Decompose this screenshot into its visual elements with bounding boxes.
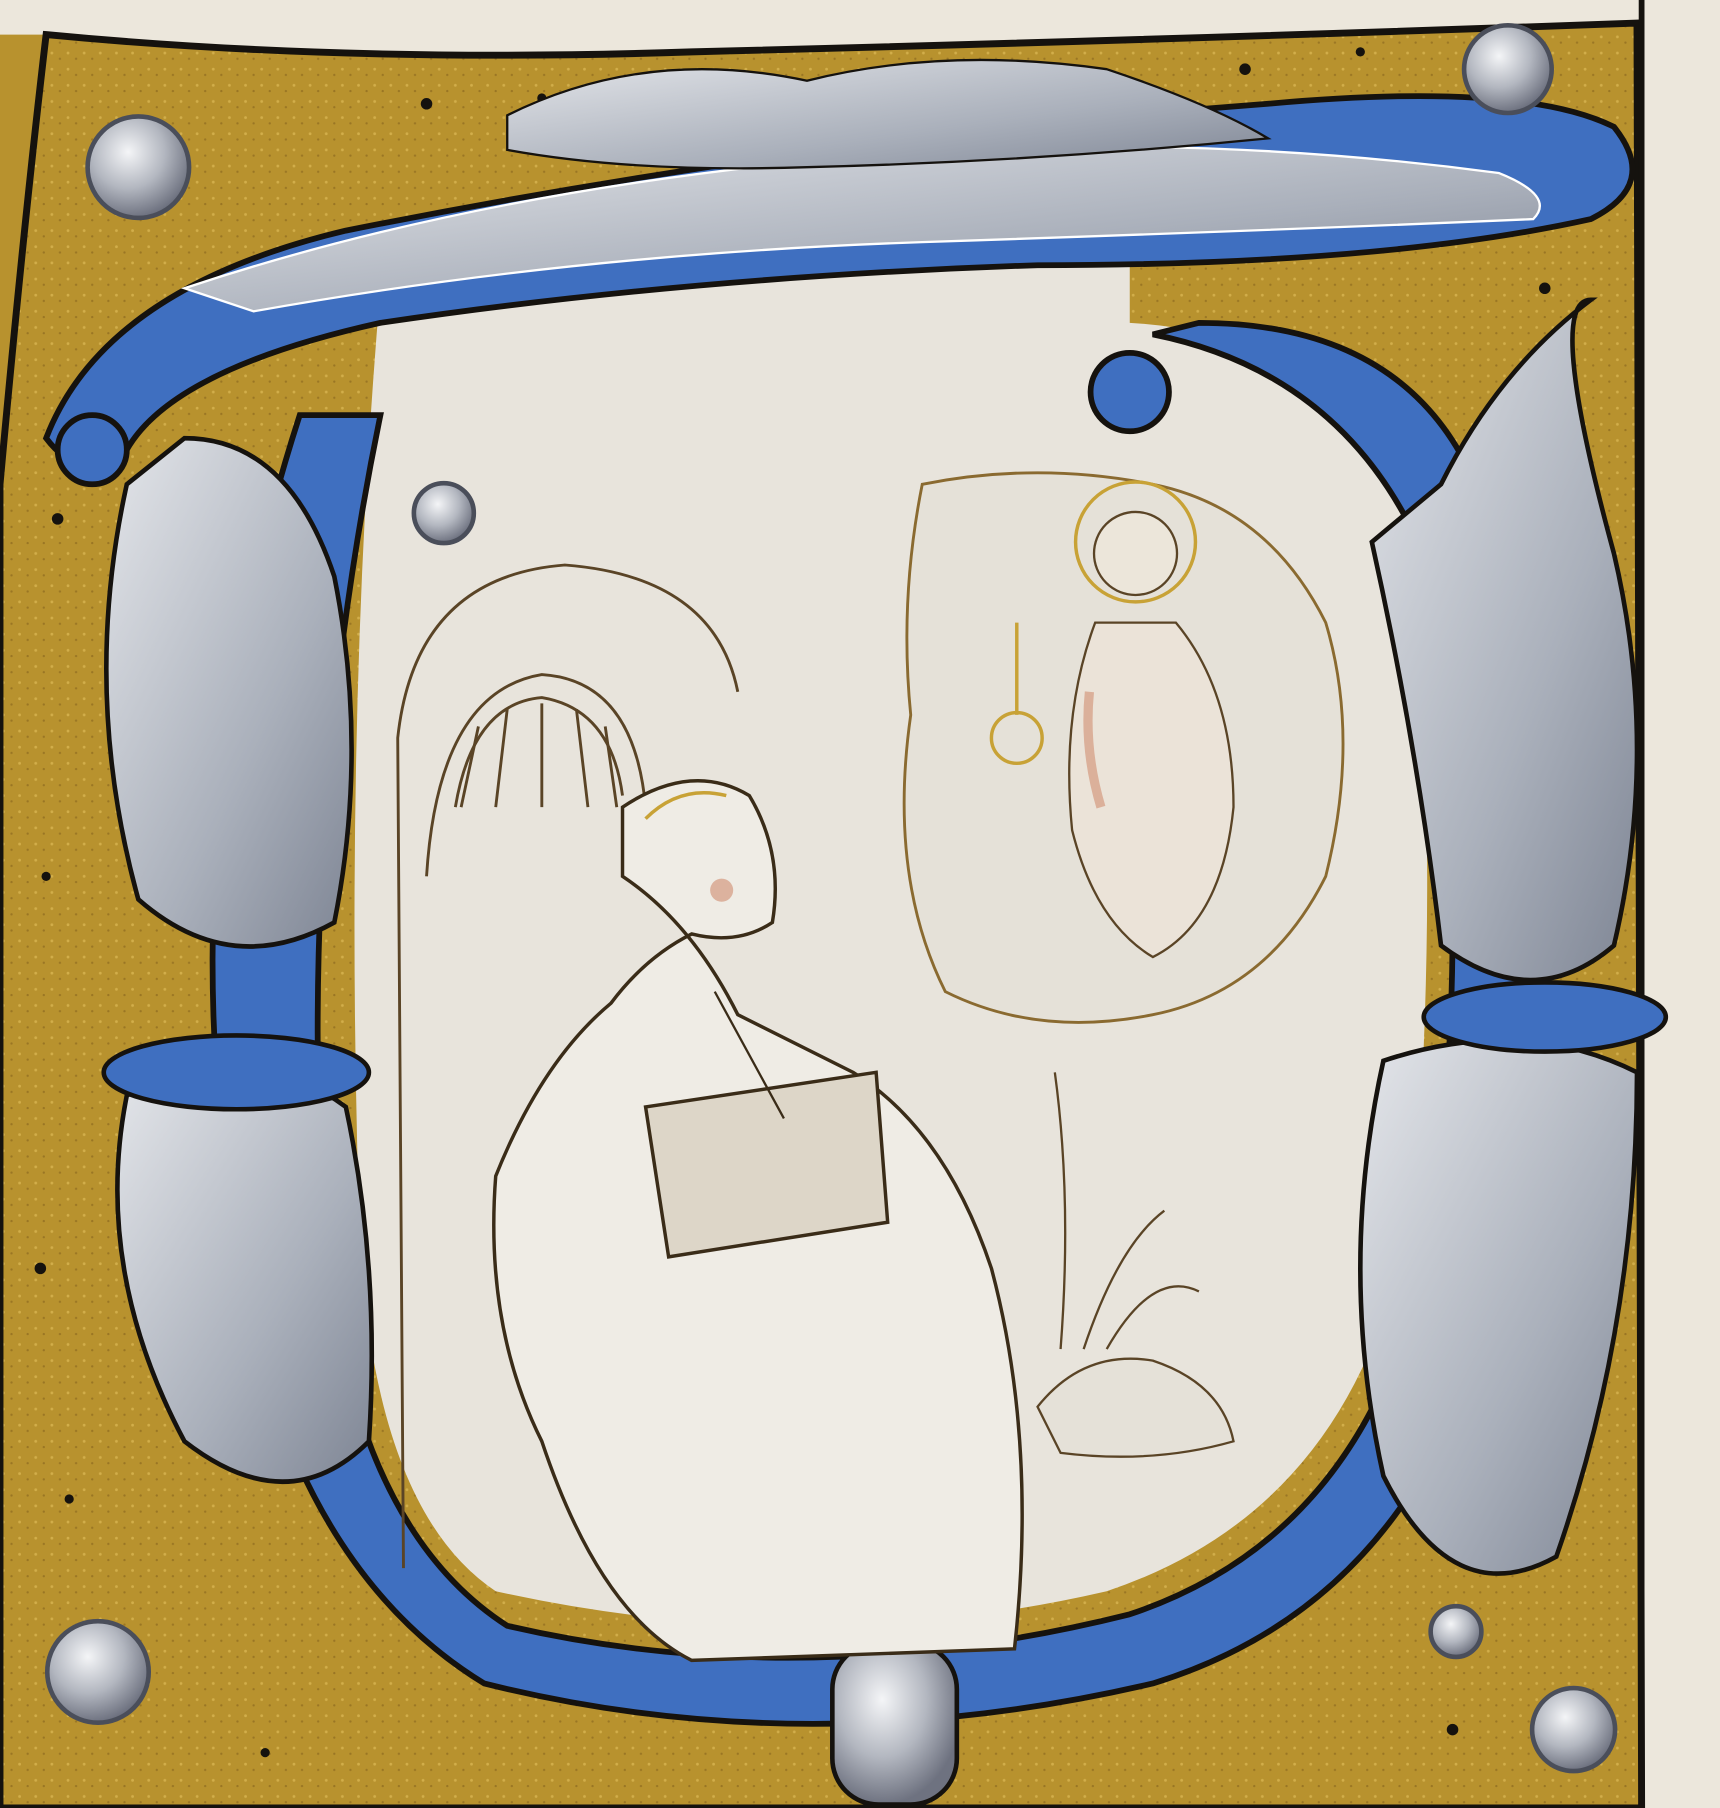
initial-artwork bbox=[0, 0, 1720, 1808]
scroll-curl-left bbox=[58, 415, 127, 484]
pearl bbox=[47, 1621, 148, 1722]
pearl bbox=[414, 483, 474, 543]
face bbox=[1094, 512, 1177, 595]
pearl bbox=[88, 116, 189, 217]
pearl bbox=[1532, 1688, 1615, 1771]
book bbox=[646, 1072, 888, 1256]
right-border-parchment bbox=[1639, 0, 1720, 1808]
scroll-curl-top bbox=[1091, 353, 1169, 431]
pearl bbox=[1431, 1606, 1482, 1657]
right-collar bbox=[1424, 982, 1666, 1051]
orb bbox=[991, 713, 1042, 764]
pearl bbox=[1464, 25, 1552, 113]
bottom-knop bbox=[832, 1643, 957, 1804]
illuminated-initial bbox=[0, 0, 1720, 1808]
left-collar bbox=[104, 1035, 369, 1109]
haloed-figure-in-clouds bbox=[904, 473, 1343, 1023]
